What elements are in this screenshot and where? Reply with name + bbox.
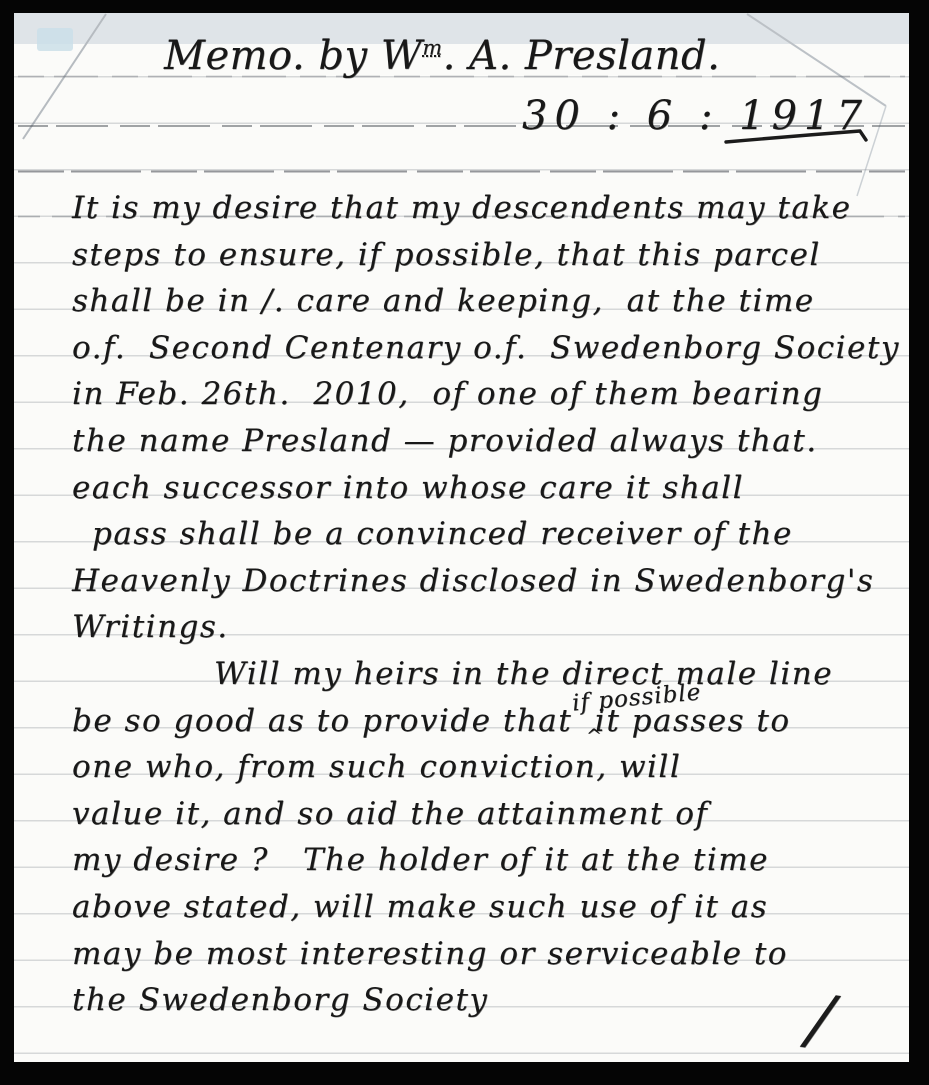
- memo-title-pre: Memo. by W: [164, 33, 422, 79]
- handwritten-line: Heavenly Doctrines disclosed in Swedenbo…: [72, 558, 884, 605]
- handwritten-line: may be most interesting or serviceable t…: [72, 931, 884, 978]
- handwritten-line: Writings.: [72, 604, 884, 651]
- memo-title: Memo. by Wm. A. Presland.: [164, 33, 720, 79]
- handwritten-line: the Swedenborg Society: [72, 977, 884, 1024]
- memo-body: It is my desire that my descendents may …: [72, 185, 884, 1024]
- insertion-caret: ^: [586, 725, 602, 747]
- handwritten-line: be so good as to provide that it passes …: [72, 698, 884, 745]
- handwritten-line: Will my heirs in the direct male line: [72, 651, 884, 698]
- handwritten-line: shall be in /. care and keeping, at the …: [72, 278, 884, 325]
- handwritten-line: in Feb. 26th. 2010, of one of them beari…: [72, 371, 884, 418]
- handwritten-line: my desire ? The holder of it at the time: [72, 837, 884, 884]
- superscript-m: m: [422, 36, 442, 60]
- handwritten-line: each successor into whose care it shall: [72, 465, 884, 512]
- handwritten-line: pass shall be a convinced receiver of th…: [72, 511, 884, 558]
- scan-frame: Memo. by Wm. A. Presland. 30 : 6 : 1917 …: [0, 0, 929, 1085]
- memo-page: Memo. by Wm. A. Presland. 30 : 6 : 1917 …: [14, 13, 909, 1062]
- handwritten-line: It is my desire that my descendents may …: [72, 185, 884, 232]
- handwritten-line: o.f. Second Centenary o.f. Swedenborg So…: [72, 325, 884, 372]
- handwritten-line: value it, and so aid the attainment of: [72, 791, 884, 838]
- handwritten-line: the name Presland — provided always that…: [72, 418, 884, 465]
- handwritten-line: steps to ensure, if possible, that this …: [72, 232, 884, 279]
- handwritten-line: one who, from such conviction, will: [72, 744, 884, 791]
- memo-title-post: . A. Presland.: [443, 33, 721, 79]
- scan-mark-blue-square: [37, 28, 73, 51]
- memo-date: 30 : 6 : 1917: [522, 93, 869, 139]
- handwritten-line: above stated, will make such use of it a…: [72, 884, 884, 931]
